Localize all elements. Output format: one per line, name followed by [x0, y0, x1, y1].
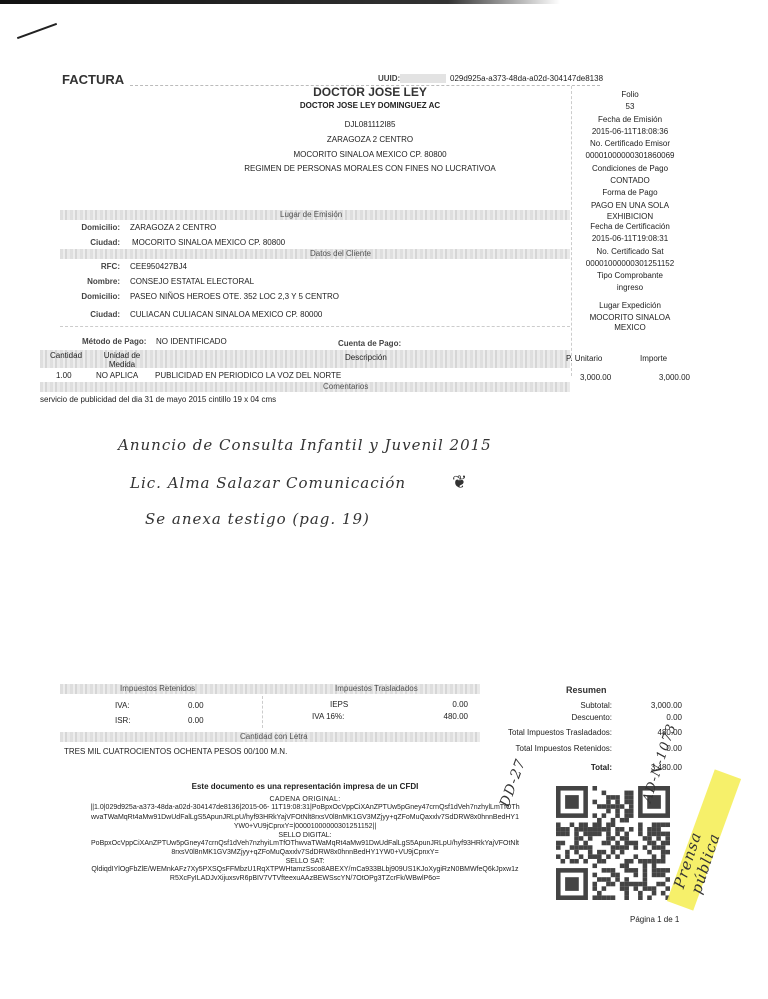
col-unidad-line1: Unidad de — [92, 351, 152, 360]
lugar-label: Lugar Expedición — [570, 300, 690, 312]
col-unitario: P. Unitario — [566, 354, 602, 363]
emisor-address: ZARAGOZA 2 CENTRO — [220, 135, 520, 144]
scan-edge — [0, 0, 560, 4]
cadena-label: CADENA ORIGINAL: — [90, 796, 520, 803]
cuenta-pago-label: Cuenta de Pago: — [338, 339, 401, 348]
sello-sat-value: QldiqdIYlOgFbZlE/WEMnkAFz7Xy5PXSQsFFMbzU… — [90, 865, 520, 884]
letra-title: Cantidad con Letra — [240, 732, 308, 742]
item-unidad: NO APLICA — [96, 371, 138, 380]
pen-mark — [17, 23, 57, 39]
cadena-value: ||1.0|029d925a-a373-48da-a02d-304147de81… — [90, 803, 520, 832]
fecha-emision-value: 2015-06-11T18:08:36 — [570, 126, 690, 138]
fecha-emision-label: Fecha de Emisión — [570, 114, 690, 126]
uuid-label: UUID: — [378, 74, 400, 83]
trasladados-label: Total Impuestos Trasladados: — [480, 728, 612, 737]
comentarios-header: Comentarios — [40, 382, 570, 392]
letra-text: TRES MIL CUATROCIENTOS OCHENTA PESOS 00/… — [64, 747, 287, 756]
col-unidad: Unidad de Medida — [92, 351, 152, 369]
handwritten-note-line3: Se anexa testigo (pag. 19) — [145, 510, 370, 528]
fecha-cert-label: Fecha de Certificación — [570, 221, 690, 233]
ret-isr-label: ISR: — [115, 716, 131, 725]
lugar-domicilio-label: Domicilio: — [40, 223, 120, 232]
tras-iva16-label: IVA 16%: — [312, 712, 344, 721]
cliente-rfc-label: RFC: — [40, 262, 120, 271]
tras-ieps-label: IEPS — [330, 700, 348, 709]
ret-iva-value: 0.00 — [188, 701, 204, 710]
cliente-nombre-label: Nombre: — [40, 277, 120, 286]
handwritten-note-line2: Lic. Alma Salazar Comunicación — [130, 474, 406, 492]
cert-emisor-label: No. Certificado Emisor — [570, 138, 690, 150]
item-descripcion: PUBLICIDAD EN PERIODICO LA VOZ DEL NORTE — [155, 371, 341, 380]
col-unidad-line2: Medida — [92, 360, 152, 369]
cliente-title: Datos del Cliente — [310, 249, 371, 259]
condiciones-label: Condiciones de Pago — [570, 163, 690, 175]
subtotal-label: Subtotal: — [490, 701, 612, 710]
handwritten-stamp-label: Prensa pública — [670, 792, 735, 896]
comentarios-text: servicio de publicidad del dia 31 de may… — [40, 395, 276, 404]
folio-value: 53 — [570, 101, 690, 113]
retenidos-label: Total Impuestos Retenidos: — [480, 744, 612, 753]
cliente-domicilio: PASEO NIÑOS HEROES OTE. 352 LOC 2,3 Y 5 … — [130, 292, 339, 301]
col-importe: Importe — [640, 354, 667, 363]
forma-label: Forma de Pago — [570, 187, 690, 199]
tras-iva16-value: 480.00 — [410, 712, 468, 721]
handwritten-note-line1: Anuncio de Consulta Infantil y Juvenil 2… — [118, 436, 492, 454]
trasladados-title: Impuestos Trasladados — [335, 684, 418, 694]
cliente-rfc: CEE950427BJ4 — [130, 262, 187, 271]
ret-isr-value: 0.00 — [188, 716, 204, 725]
impuestos-header: Impuestos Retenidos Impuestos Trasladado… — [60, 684, 480, 694]
tipo-label: Tipo Comprobante — [570, 270, 690, 282]
forma-value-1: PAGO EN UNA SOLA — [570, 200, 690, 212]
comentarios-title: Comentarios — [323, 382, 368, 392]
lugar-domicilio: ZARAGOZA 2 CENTRO — [130, 223, 216, 232]
impuestos-divider — [262, 696, 263, 728]
lugar-value-2: MEXICO — [570, 324, 690, 332]
cliente-header: Datos del Cliente — [60, 249, 570, 259]
uuid-shade — [400, 74, 446, 83]
subtotal-value: 3,000.00 — [640, 701, 682, 710]
cert-sat-label: No. Certificado Sat — [570, 246, 690, 258]
cert-sat-value: 00001000000301251152 — [570, 258, 690, 270]
ret-iva-label: IVA: — [115, 701, 130, 710]
item-importe: 3,000.00 — [630, 373, 690, 382]
resumen-title: Resumen — [566, 685, 607, 695]
uuid-value: 029d925a-a373-48da-a02d-304147de8138 — [450, 74, 603, 83]
emisor-name: DOCTOR JOSE LEY — [220, 85, 520, 99]
folio-label: Folio — [570, 89, 690, 101]
cliente-domicilio-label: Domicilio: — [40, 292, 120, 301]
item-unitario: 3,000.00 — [580, 373, 611, 382]
emisor-city: MOCORITO SINALOA MEXICO CP. 80800 — [220, 150, 520, 159]
lugar-ciudad: MOCORITO SINALOA MEXICO CP. 80800 — [132, 238, 285, 247]
cliente-ciudad-label: Ciudad: — [40, 310, 120, 319]
forma-value-2: EXHIBICION — [570, 212, 690, 221]
tipo-value: ingreso — [570, 282, 690, 294]
document-title: FACTURA — [62, 72, 124, 87]
cfdi-notice: Este documento es una representación imp… — [90, 782, 520, 791]
item-cantidad: 1.00 — [56, 371, 72, 380]
sidebar-divider — [571, 86, 573, 376]
signature-icon: ❦ — [452, 472, 467, 493]
retenidos-title: Impuestos Retenidos — [120, 684, 195, 694]
page-number: Página 1 de 1 — [630, 915, 679, 924]
col-descripcion: Descripción — [345, 353, 387, 362]
cliente-nombre: CONSEJO ESTATAL ELECTORAL — [130, 277, 254, 286]
cliente-divider — [60, 326, 570, 327]
sello-sat-label: SELLO SAT: — [90, 858, 520, 865]
emisor-legal-name: DOCTOR JOSE LEY DOMINGUEZ AC — [220, 101, 520, 110]
cliente-ciudad: CULIACAN CULIACAN SINALOA MEXICO CP. 800… — [130, 310, 322, 319]
metodo-pago-label: Método de Pago: — [82, 337, 146, 346]
descuento-label: Descuento: — [490, 713, 612, 722]
lugar-ciudad-label: Ciudad: — [40, 238, 120, 247]
invoice-details: Folio 53 Fecha de Emisión 2015-06-11T18:… — [570, 89, 690, 332]
letra-header: Cantidad con Letra — [60, 732, 480, 742]
sello-label: SELLO DIGITAL: — [90, 832, 520, 839]
emisor-rfc: DJL081112I85 — [220, 120, 520, 129]
metodo-pago-value: NO IDENTIFICADO — [156, 337, 227, 346]
fecha-cert-value: 2015-06-11T19:08:31 — [570, 233, 690, 245]
tras-ieps-value: 0.00 — [410, 700, 468, 709]
sello-value: PoBpxOcVppCiXAnZPTUw5pGney47crnQsf1dVeh7… — [90, 839, 520, 858]
cert-emisor-value: 00001000000301860069 — [570, 150, 690, 162]
condiciones-value: CONTADO — [570, 175, 690, 187]
lugar-emision-title: Lugar de Emisión — [280, 210, 342, 220]
emisor-regime: REGIMEN DE PERSONAS MORALES CON FINES NO… — [220, 164, 520, 173]
lugar-emision-header: Lugar de Emisión — [60, 210, 570, 220]
col-cantidad: Cantidad — [50, 351, 82, 360]
descuento-value: 0.00 — [640, 713, 682, 722]
